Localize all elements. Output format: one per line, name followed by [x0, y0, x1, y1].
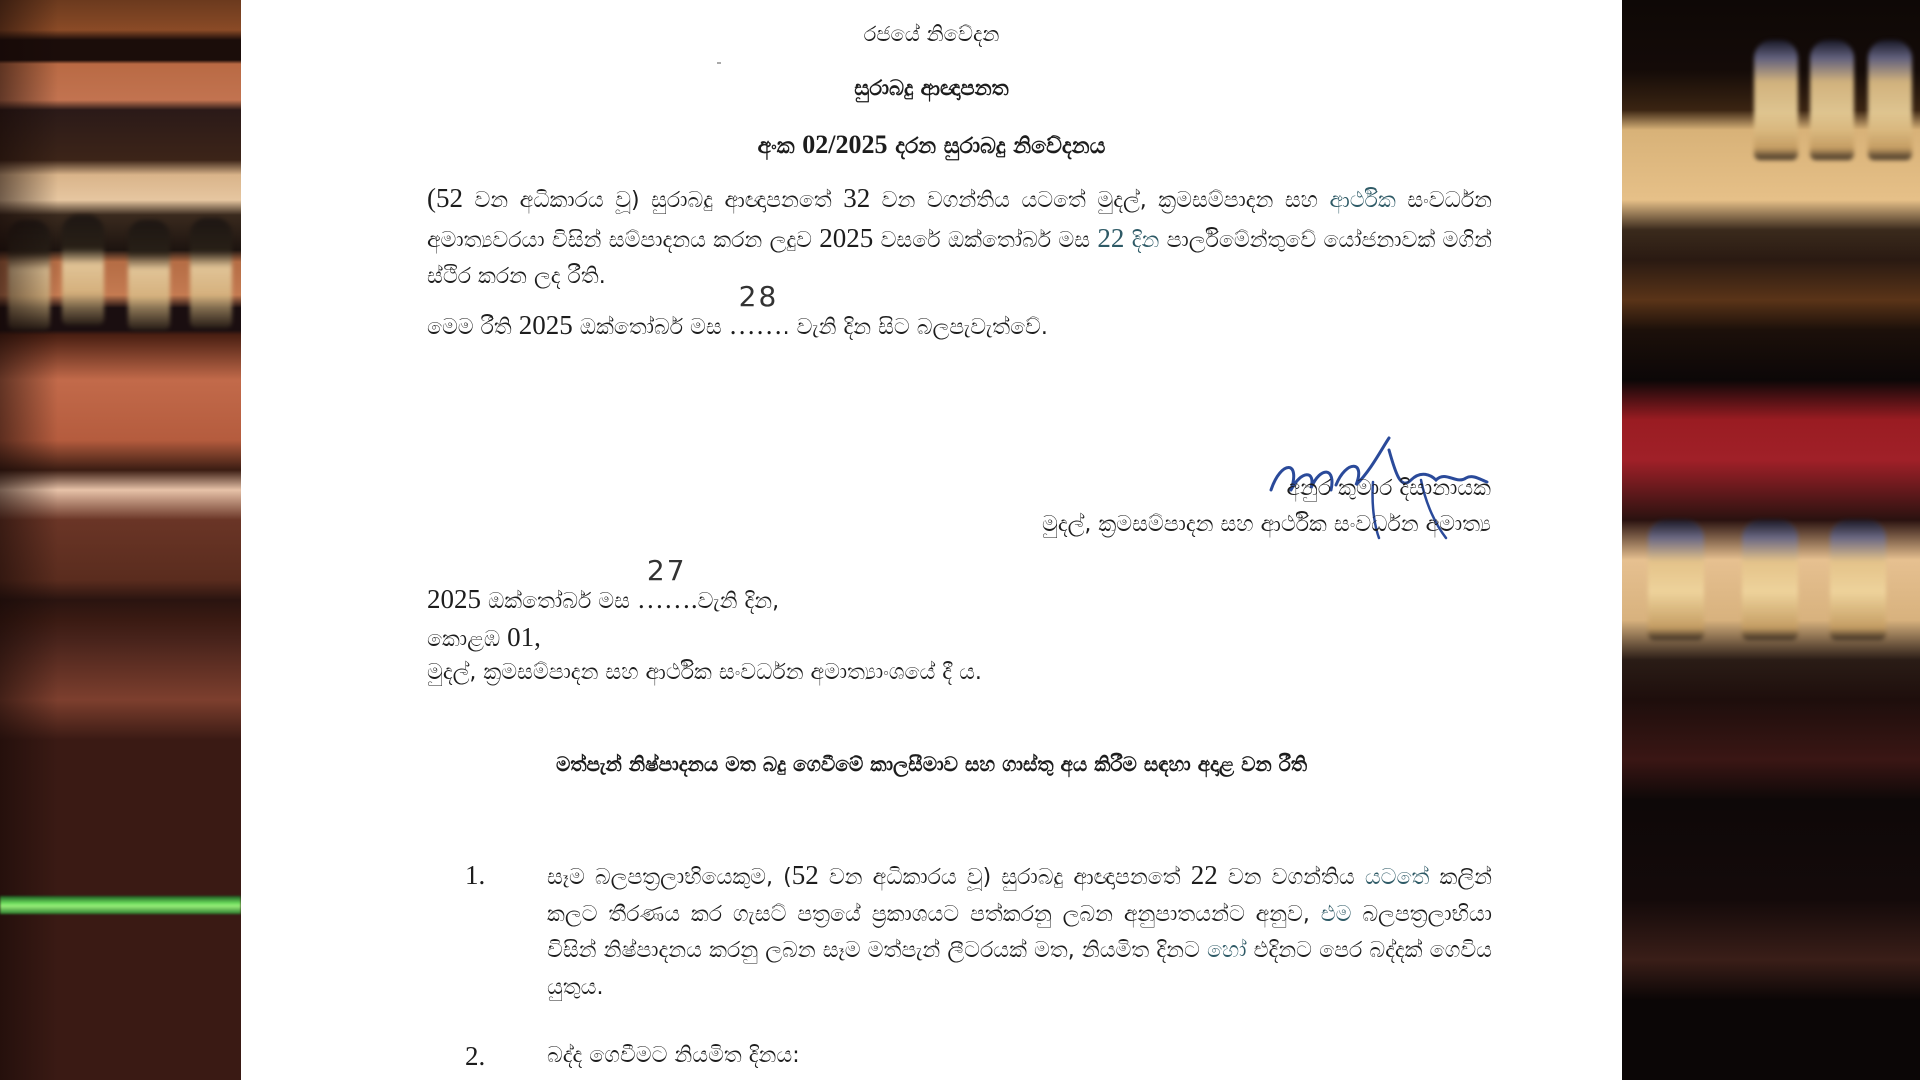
signatory-title: මුදල්, ක්‍රමසම්පාදන සහ ආර්ථික සංවර්ධන අම… — [1042, 512, 1491, 537]
handwritten-day: 27 — [647, 554, 687, 587]
intro-paragraph: (52 වන අධිකාරය වූ) සුරාබදු ආඥාපනතේ 32 වන… — [427, 180, 1492, 296]
handwritten-date-field: ……27 — [637, 584, 691, 615]
scan-speck — [717, 62, 721, 64]
rule-text: සෑම බලපත්‍රලාභියෙකුම, (52 වන අධිකාරය වූ)… — [547, 857, 1492, 1006]
green-light-strip — [0, 896, 241, 914]
bottle-image — [1830, 520, 1886, 640]
rule-number: 2. — [465, 1038, 485, 1075]
notice-number-heading: අංක 02/2025 දරන සුරාබදු නිවේදනය — [241, 130, 1622, 160]
document-page: රජයේ නිවේදන සුරාබදු ආඥාපනත අංක 02/2025 ද… — [241, 0, 1622, 1080]
ordinance-heading: සුරාබදු ආඥාපනත — [241, 76, 1622, 101]
bottle-image — [62, 215, 104, 325]
rules-section-title: මත්පැන් නිෂ්පාදනය මත බදු ගෙවීමේ කාලසීමාව… — [241, 752, 1622, 776]
bottle-image — [1810, 40, 1854, 160]
effective-date-line: මෙම රීති 2025 ඔක්තෝබර් මස ……28. වැනි දින… — [427, 310, 1048, 341]
bottle-image — [128, 220, 170, 330]
handwritten-day: 28 — [739, 280, 779, 313]
bottle-image — [1742, 520, 1798, 640]
background-photo-left — [0, 0, 241, 1080]
rule-number: 1. — [465, 857, 485, 894]
shadow — [0, 0, 58, 1080]
bottle-image — [190, 218, 232, 328]
signing-date: 2025 ඔක්තෝබර් මස ……27.වැනි දින, — [427, 584, 779, 615]
bottle-image — [1754, 40, 1798, 160]
rule-item: 2. බද්ද ගෙවීමට නියමිත දිනය: — [465, 1038, 1492, 1075]
rule-item: 1. සෑම බලපත්‍රලාභියෙකුම, (52 වන අධිකාරය … — [465, 857, 1492, 1006]
signing-city: කොළඹ 01, — [427, 622, 541, 653]
gazette-heading: රජයේ නිවේදන — [241, 22, 1622, 47]
background-photo-right — [1622, 0, 1920, 1080]
bottle-image — [1648, 520, 1704, 640]
signatory-name: අනුර කුමාර දිසානායක — [1286, 476, 1491, 501]
bottle-image — [1868, 40, 1912, 160]
rule-text: බද්ද ගෙවීමට නියමිත දිනය: — [547, 1038, 1492, 1075]
signing-ministry: මුදල්, ක්‍රමසම්පාදන සහ ආර්ථික සංවර්ධන අම… — [427, 660, 982, 685]
notice-number: 02/2025 — [802, 130, 887, 159]
handwritten-date-field: ……28 — [729, 310, 783, 341]
